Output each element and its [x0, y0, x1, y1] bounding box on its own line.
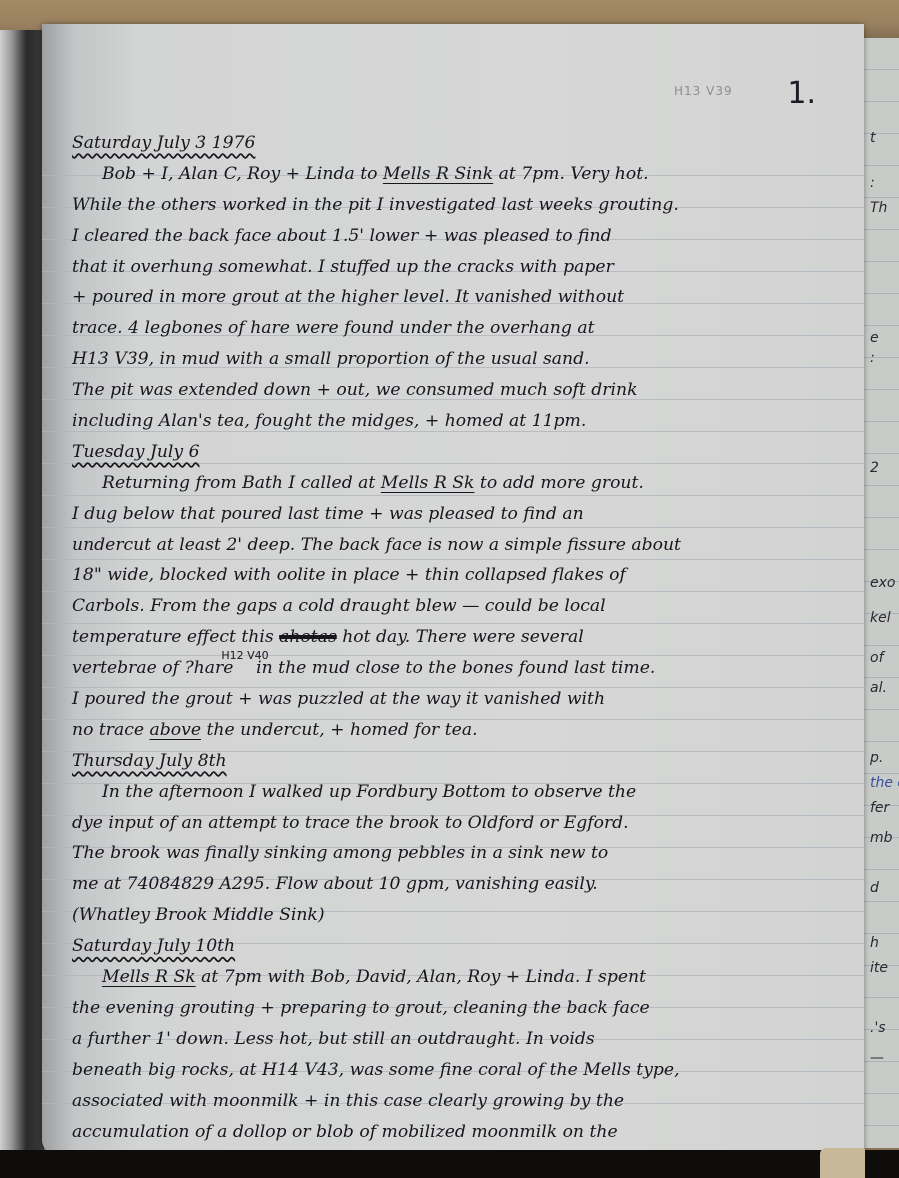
facing-page-fragment: Th: [870, 200, 887, 216]
facing-page-fragment: fer: [870, 800, 889, 816]
journal-line: In the afternoon I walked up Fordbury Bo…: [72, 777, 862, 808]
line-text: Carbols. From the gaps a cold draught bl…: [72, 596, 606, 616]
journal-line: Bob + I, Alan C, Roy + Linda to Mells R …: [72, 159, 862, 190]
line-text: dye input of an attempt to trace the bro…: [72, 813, 629, 833]
line-text: at 7pm. Very hot.: [493, 164, 648, 184]
journal-line: I poured the grout + was puzzled at the …: [72, 684, 862, 715]
journal-line: me at 74084829 A295. Flow about 10 gpm, …: [72, 869, 862, 900]
line-text: in the mud close to the bones found last…: [251, 658, 656, 678]
facing-page-fragment: :: [870, 350, 875, 366]
entry-date: Thursday July 8th: [72, 751, 227, 771]
journal-line: associated with moonmilk + in this case …: [72, 1086, 862, 1117]
notebook-page: H13 V39 1. Saturday July 3 1976Bob + I, …: [42, 24, 864, 1154]
facing-page-fragment: mb: [870, 830, 893, 846]
journal-line: including Alan's tea, fought the midges,…: [72, 406, 862, 437]
journal-line: H13 V39, in mud with a small proportion …: [72, 344, 862, 375]
struck-out-word: ahotas: [279, 627, 337, 647]
line-text: In the afternoon I walked up Fordbury Bo…: [102, 782, 636, 802]
facing-page-fragment: —: [870, 1050, 884, 1066]
line-text: associated with moonmilk + in this case …: [72, 1091, 624, 1111]
line-text: Returning from Bath I called at: [102, 473, 381, 493]
journal-line: + poured in more grout at the higher lev…: [72, 282, 862, 313]
facing-page-fragment: exo: [870, 575, 895, 591]
line-text: I dug below that poured last time + was …: [72, 504, 584, 524]
journal-line: temperature effect this ahotas hot day. …: [72, 622, 862, 653]
underlined-site-name: Mells R Sk: [381, 473, 475, 493]
line-text: me at 74084829 A295. Flow about 10 gpm, …: [72, 874, 598, 894]
line-text: undercut at least 2' deep. The back face…: [72, 535, 681, 555]
notebook-spine-shadow: [0, 30, 44, 1155]
line-text: (Whatley Brook Middle Sink): [72, 905, 325, 925]
cloth-scrap: [820, 1148, 865, 1178]
line-text: beneath big rocks, at H14 V43, was some …: [72, 1060, 680, 1080]
facing-page-edge: t:The:2exokelofal.p.the e!fermbdhite.'s—: [862, 38, 899, 1148]
journal-line: 18" wide, blocked with oolite in place +…: [72, 560, 862, 591]
facing-page-fragment: h: [870, 935, 879, 951]
line-text: including Alan's tea, fought the midges,…: [72, 411, 586, 431]
underlined-site-name: above: [150, 720, 201, 740]
line-text: 18" wide, blocked with oolite in place +…: [72, 565, 626, 585]
line-text: no trace: [72, 720, 150, 740]
line-text: accumulation of a dollop or blob of mobi…: [72, 1122, 618, 1142]
pencil-reference-note: H13 V39: [674, 84, 733, 98]
journal-text: Saturday July 3 1976Bob + I, Alan C, Roy…: [72, 128, 862, 1147]
journal-line: (Whatley Brook Middle Sink): [72, 900, 862, 931]
line-text: temperature effect this: [72, 627, 279, 647]
entry-date-heading: Saturday July 10th: [72, 931, 862, 962]
journal-line: Returning from Bath I called at Mells R …: [72, 468, 862, 499]
facing-page-fragment: d: [870, 880, 879, 896]
line-text: hot day. There were several: [337, 627, 584, 647]
journal-line: undercut at least 2' deep. The back face…: [72, 530, 862, 561]
journal-line: The pit was extended down + out, we cons…: [72, 375, 862, 406]
journal-line: that it overhung somewhat. I stuffed up …: [72, 252, 862, 283]
line-text: vertebrae of ?hare: [72, 658, 233, 678]
line-text: While the others worked in the pit I inv…: [72, 195, 679, 215]
line-text: trace. 4 legbones of hare were found und…: [72, 318, 594, 338]
entry-date-heading: Thursday July 8th: [72, 746, 862, 777]
page-number: 1.: [787, 76, 816, 111]
journal-line: the evening grouting + preparing to grou…: [72, 993, 862, 1024]
line-text: H13 V39, in mud with a small proportion …: [72, 349, 590, 369]
journal-line: I cleared the back face about 1.5' lower…: [72, 221, 862, 252]
journal-line: dye input of an attempt to trace the bro…: [72, 808, 862, 839]
bottom-shadow: [0, 1150, 899, 1178]
facing-page-fragment: of: [870, 650, 884, 666]
journal-line: vertebrae of ?hareH12 V40 in the mud clo…: [72, 653, 862, 684]
line-text: I poured the grout + was puzzled at the …: [72, 689, 605, 709]
line-text: The pit was extended down + out, we cons…: [72, 380, 637, 400]
line-text: Bob + I, Alan C, Roy + Linda to: [102, 164, 383, 184]
line-text: the undercut, + homed for tea.: [201, 720, 478, 740]
line-text: + poured in more grout at the higher lev…: [72, 287, 624, 307]
facing-page-fragment: t: [870, 130, 876, 146]
facing-page-fragment: p.: [870, 750, 883, 766]
journal-line: Mells R Sk at 7pm with Bob, David, Alan,…: [72, 962, 862, 993]
facing-page-fragment: ite: [870, 960, 888, 976]
grid-reference-annotation: H12 V40: [221, 649, 268, 662]
facing-page-fragment: e: [870, 330, 879, 346]
line-text: to add more grout.: [474, 473, 643, 493]
line-text: the evening grouting + preparing to grou…: [72, 998, 650, 1018]
entry-date: Saturday July 3 1976: [72, 133, 255, 153]
journal-line: Carbols. From the gaps a cold draught bl…: [72, 591, 862, 622]
line-text: that it overhung somewhat. I stuffed up …: [72, 257, 614, 277]
journal-line: beneath big rocks, at H14 V43, was some …: [72, 1055, 862, 1086]
entry-date-heading: Saturday July 3 1976: [72, 128, 862, 159]
journal-line: The brook was finally sinking among pebb…: [72, 838, 862, 869]
entry-date: Saturday July 10th: [72, 936, 235, 956]
journal-line: a further 1' down. Less hot, but still a…: [72, 1024, 862, 1055]
journal-line: While the others worked in the pit I inv…: [72, 190, 862, 221]
facing-page-fragment: the e!: [870, 775, 899, 791]
underlined-site-name: Mells R Sk: [102, 967, 196, 987]
line-text: I cleared the back face about 1.5' lower…: [72, 226, 612, 246]
underlined-site-name: Mells R Sink: [383, 164, 493, 184]
journal-line: trace. 4 legbones of hare were found und…: [72, 313, 862, 344]
entry-date: Tuesday July 6: [72, 442, 200, 462]
facing-page-fragment: :: [870, 175, 875, 191]
line-text: The brook was finally sinking among pebb…: [72, 843, 608, 863]
facing-page-fragment: al.: [870, 680, 887, 696]
journal-line: accumulation of a dollop or blob of mobi…: [72, 1117, 862, 1148]
facing-page-fragment: 2: [870, 460, 879, 476]
line-text: a further 1' down. Less hot, but still a…: [72, 1029, 595, 1049]
entry-date-heading: Tuesday July 6: [72, 437, 862, 468]
journal-line: no trace above the undercut, + homed for…: [72, 715, 862, 746]
line-text: at 7pm with Bob, David, Alan, Roy + Lind…: [196, 967, 646, 987]
facing-page-fragment: kel: [870, 610, 891, 626]
facing-page-fragment: .'s: [870, 1020, 886, 1036]
journal-line: I dug below that poured last time + was …: [72, 499, 862, 530]
